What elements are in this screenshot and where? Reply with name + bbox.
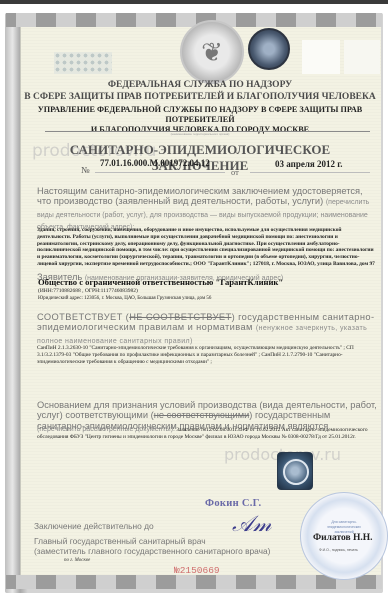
production-text: Настоящим санитарно-эпидемиологическим з… [37,186,363,206]
redacted-area [302,40,340,74]
basis-hint: (перечислить рассмотренные документы): [37,426,175,433]
document-date: 03 апреля 2012 г. [275,159,343,169]
redacted-area [344,40,380,74]
chief-doctor-title: Главный государственный санитарный врач … [34,536,270,556]
department-line1: УПРАВЛЕНИЕ ФЕДЕРАЛЬНОЙ СЛУЖБЫ ПО НАДЗОРУ… [20,105,380,125]
production-value: Здания, строения, сооружения, помещения,… [37,227,377,268]
city-label: по г. Москве [64,558,90,563]
compliance-statement: СООТВЕТСТВУЕТ (НЕ СООТВЕТСТВУЕТ) государ… [37,312,377,347]
agency-name-line2: В СФЕРЕ ЗАЩИТЫ ПРАВ ПОТРЕБИТЕЛЕЙ И БЛАГО… [20,92,380,102]
basis-documents: (перечислить рассмотренные документы): З… [37,427,377,441]
form-serial-number: №2150669 [174,565,220,576]
agency-name-line1: ФЕДЕРАЛЬНАЯ СЛУЖБА ПО НАДЗОРУ [20,80,380,90]
number-label: № [81,165,90,175]
chief-title-line1: Главный государственный санитарный врач [34,536,270,546]
signature-icon: 𝒜𝓂 [232,512,270,538]
seal-caption: Ф.И.О., подпись, печать [319,548,358,552]
applicant-name: Общество с ограниченной ответственностью… [38,277,283,287]
complies-text: СООТВЕТСТВУЕТ ( [37,312,129,322]
seal-signer-name: Филатов Н.Н. [313,533,373,543]
scan-top-edge [0,0,388,4]
applicant-ids: (ИНН:7710882688 , ОГРН:1117746083982) [38,288,138,294]
date-underline [250,172,370,173]
hologram-sticker-icon [277,452,313,490]
frame-guilloche-bottom [6,575,382,589]
valid-until-label: Заключение действительно до [34,521,154,531]
basis-struck: не соответствующими [154,410,250,420]
hologram-pattern-icon [54,52,112,74]
chief-title-line2: (заместитель главного государственного с… [34,546,270,556]
signer-name-stamp: Фокин С.Г. [205,498,261,509]
divider-caption: (наименование территориального органа) [20,132,380,136]
date-label: от [231,167,239,177]
hologram-seal-icon [248,28,290,70]
not-complies-struck: НЕ СООТВЕТСТВУЕТ [129,312,231,322]
document-number: 77.01.16.000.М.001972.04.12 [100,158,210,168]
sanitary-rules-value: СанПиН 2.1.3.2630-10 "Санитарно-эпидемио… [37,345,377,365]
coat-of-arms-icon: ❦ [180,20,244,84]
number-underline [95,172,225,173]
applicant-address: Юридический адрес: 123056, г. Москва, ЦА… [38,296,211,301]
